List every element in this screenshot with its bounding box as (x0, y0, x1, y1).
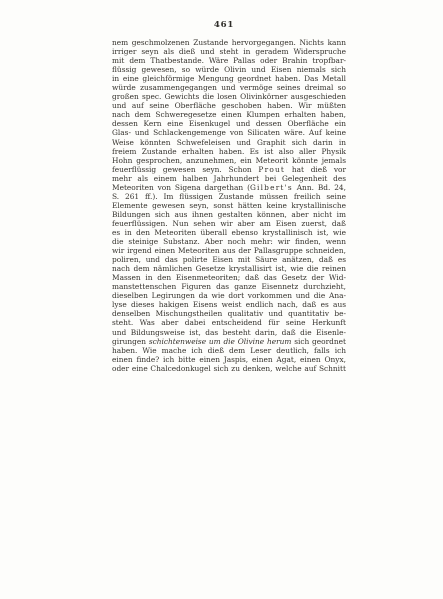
book-page: 461 nem geschmolzenen Zustande hervorgeg… (0, 0, 443, 599)
text-line: dieselben Legirungen da wie dort vorkomm… (112, 291, 346, 300)
text-line: einen finde? ich bitte einen Jaspis, ein… (112, 355, 346, 364)
text-line: S. 261 ff.). Im flüssigen Zustande müsse… (112, 192, 346, 201)
text-line: würde zusammengegangen und vermöge seine… (112, 83, 346, 92)
text-line: Elemente gewesen seyn, sonst hätten kein… (112, 201, 346, 210)
text-line: in eine gleichförmige Mengung geordnet h… (112, 74, 346, 83)
text-line: Massen in den Eisenmeteoriten; daß das G… (112, 273, 346, 282)
page-number: 461 (110, 20, 338, 30)
text-line: dessen Kern eine Eisenkugel und dessen O… (112, 119, 346, 128)
text-line: denselben Mischungstheilen qualitativ un… (112, 309, 346, 318)
text-line: lyse dieses hakigen Eisens weist endlich… (112, 300, 346, 309)
text-line: wir irgend einen Meteoriten aus der Pall… (112, 246, 346, 255)
text-line: feuerflüssigen. Nun sehen wir aber am Ei… (112, 219, 346, 228)
text-line: Hohn gesprochen, anzunehmen, ein Meteori… (112, 156, 346, 165)
text-line: es in den Meteoriten überall ebenso krys… (112, 228, 346, 237)
text-line: mehr als einem halben Jahrhundert bei Ge… (112, 174, 346, 183)
text-line: nem geschmolzenen Zustande hervorgegange… (112, 38, 346, 47)
text-line: mit dem Thatbestande. Wäre Pallas oder B… (112, 56, 346, 65)
text-line: haben. Wie mache ich dieß dem Leser deut… (112, 346, 346, 355)
text-line: flüssig gewesen, so würde Olivin und Eis… (112, 65, 346, 74)
text-block: nem geschmolzenen Zustande hervorgegange… (112, 38, 346, 373)
text-line: girungen schichtenweise um die Olivine h… (112, 337, 346, 346)
text-line: Bildungen sich aus ihnen gestalten könne… (112, 210, 346, 219)
text-line: oder eine Chalcedonkugel sich zu denken,… (112, 364, 346, 373)
text-line: poliren, und das polirte Eisen mit Säure… (112, 255, 346, 264)
text-line: manstettenschen Figuren das ganze Eisenn… (112, 282, 346, 291)
text-line: Meteoriten von Sigena dargethan (Gilbert… (112, 183, 346, 192)
text-line: freiem Zustande erhalten haben. Es ist a… (112, 147, 346, 156)
text-line: steht. Was aber dabei entscheidend für s… (112, 318, 346, 327)
text-line: nach dem nämlichen Gesetze krystallisirt… (112, 264, 346, 273)
text-line: Weise könnten Schwefeleisen und Graphit … (112, 138, 346, 147)
text-line: irriger seyn als dieß und steht in gerad… (112, 47, 346, 56)
text-line: die steinige Substanz. Aber noch mehr: w… (112, 237, 346, 246)
text-line: feuerflüssig gewesen seyn. Schon Prout h… (112, 165, 346, 174)
text-line: großen spec. Gewichts die losen Olivinkö… (112, 92, 346, 101)
text-line: und auf seine Oberfläche geschoben haben… (112, 101, 346, 110)
text-line: Glas- und Schlackengemenge von Silicaten… (112, 128, 346, 137)
text-line: und Bildungsweise ist, das besteht darin… (112, 328, 346, 337)
text-line: nach dem Schweregesetze einen Klumpen er… (112, 110, 346, 119)
